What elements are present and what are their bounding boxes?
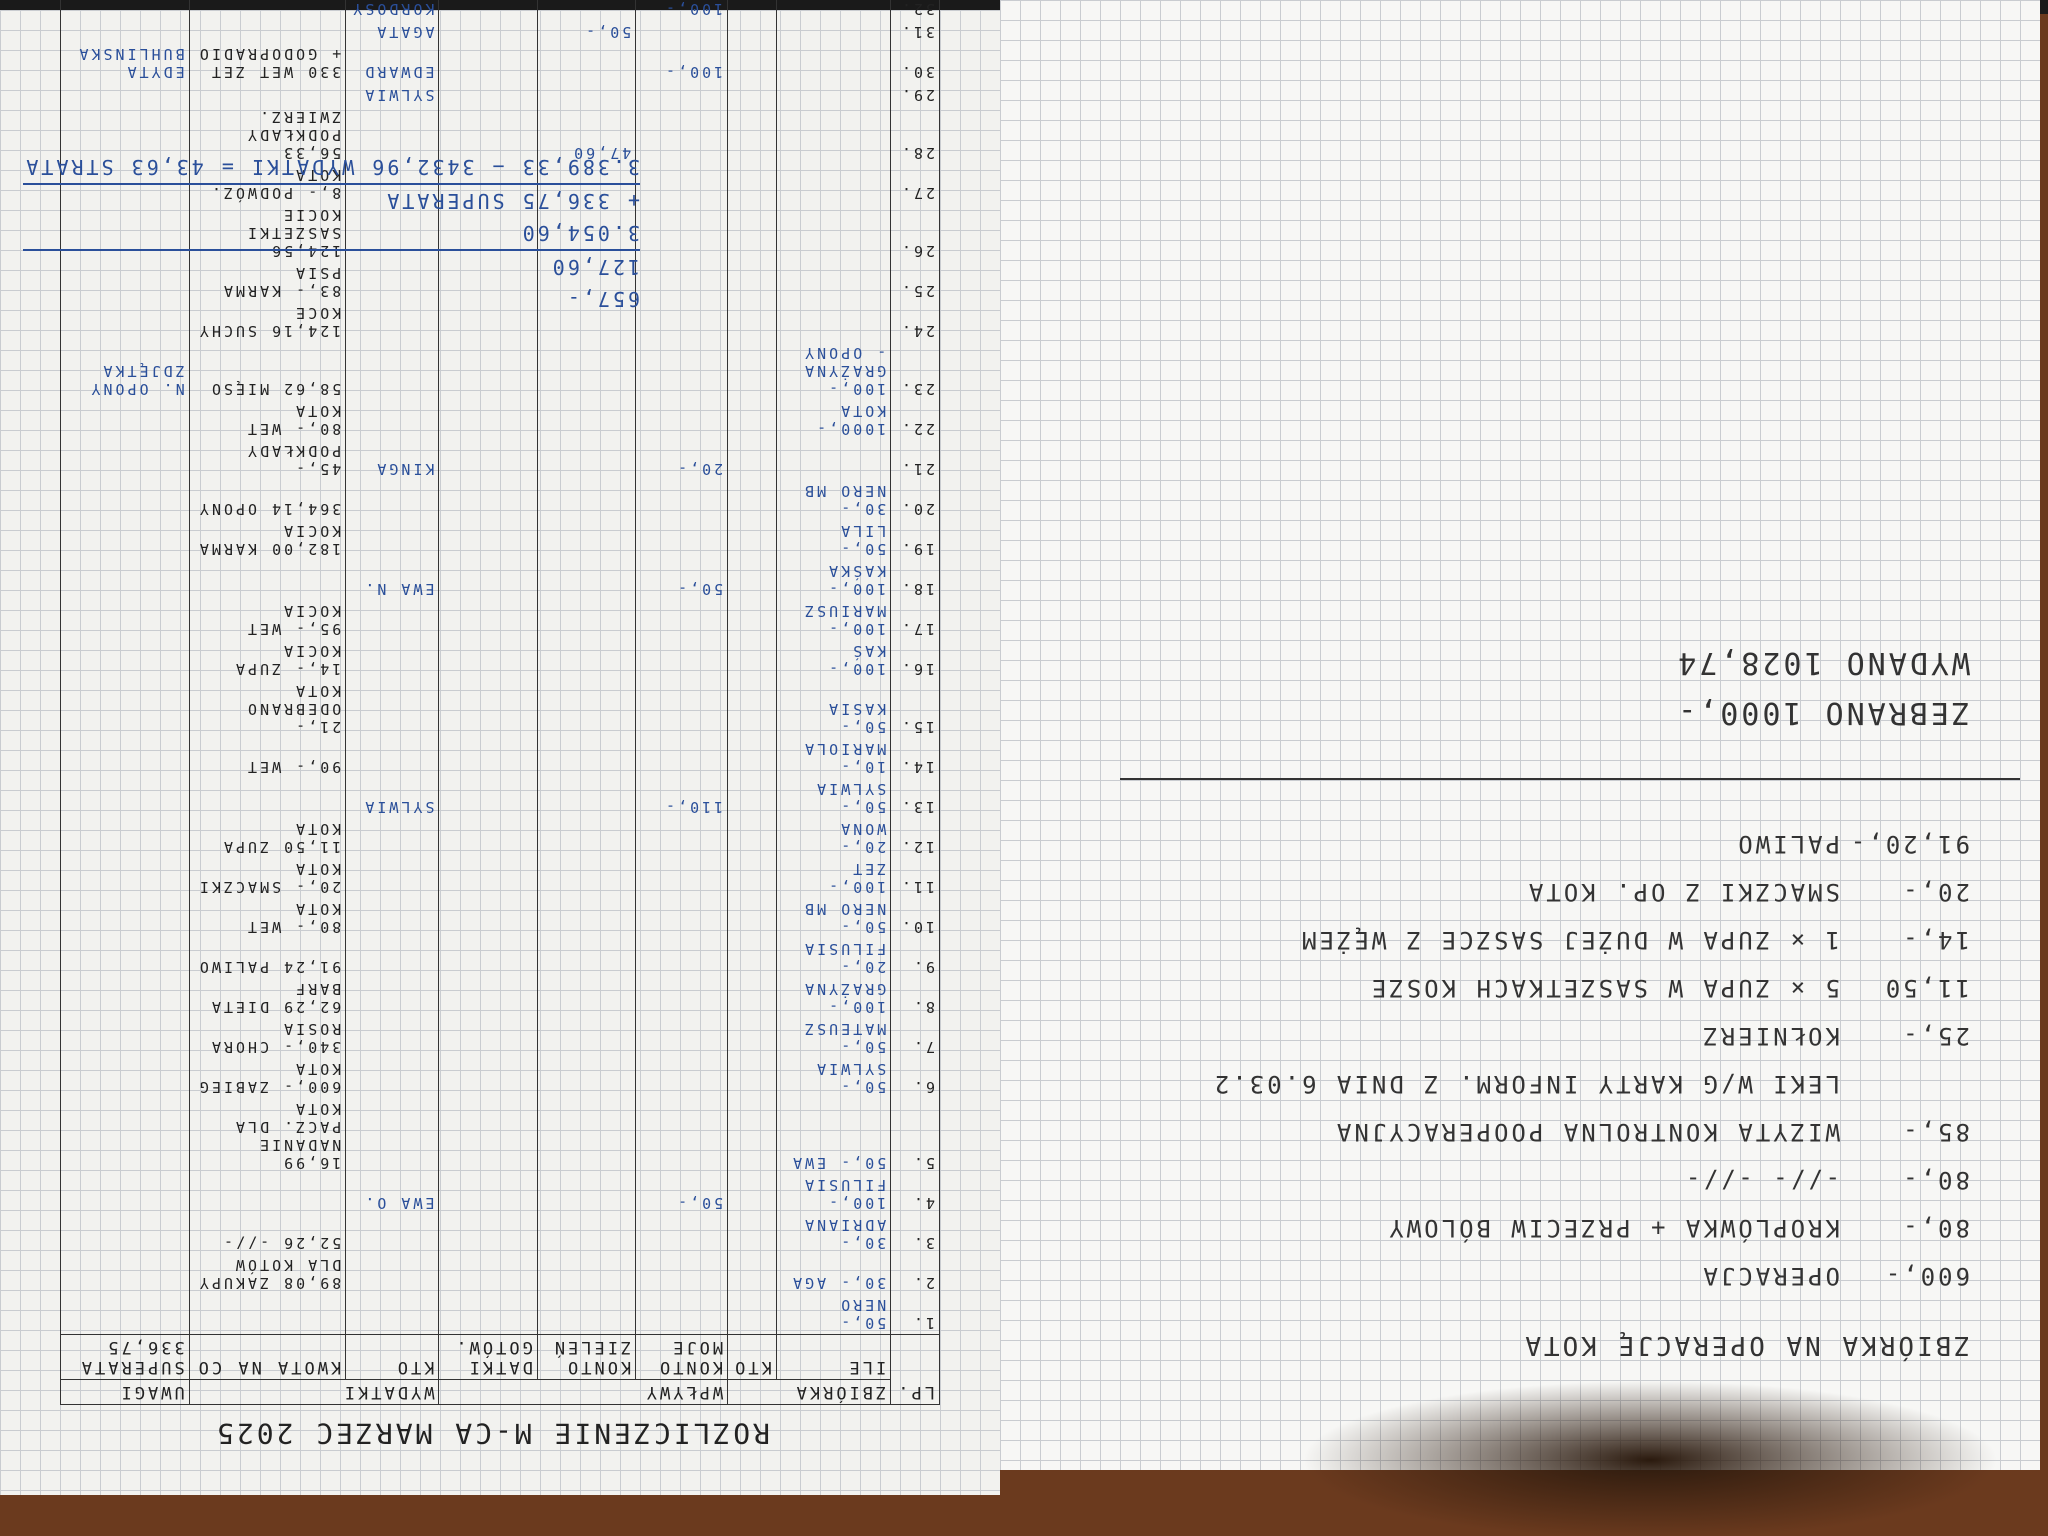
cell-konto-ziel (537, 1174, 635, 1214)
cell-ile (776, 204, 890, 262)
cell-wyd-kto (346, 1098, 439, 1174)
ledger-row: 30.100,-EDWARD330 WET ZET + GODOPRADIOED… (61, 43, 940, 83)
fundraiser-item: 11,505 × ZUPA W SASZETKACH KOSZE (1369, 974, 1970, 1002)
cell-kto (728, 43, 777, 83)
fundraiser-item-label: WIZYTA KONTROLNA POOPERACYJNA (1334, 1118, 1840, 1146)
cell-kwota: 45,- PODKŁADY (189, 440, 346, 480)
cell-wyd-kto (346, 818, 439, 858)
cell-lp: 16. (891, 640, 940, 680)
cell-datki (439, 1018, 537, 1058)
cell-ile: 50,- MATEUSZ (776, 1018, 890, 1058)
cell-konto-moje (636, 520, 728, 560)
cell-uwagi (61, 1254, 190, 1294)
cell-kwota: 90,- WET (189, 738, 346, 778)
fundraiser-item: LEKI W/G KARTY INFORM. Z DNIA 6.03.2 (1212, 1070, 1970, 1098)
cell-datki (439, 400, 537, 440)
cell-ile: 50,- NERO MB (776, 898, 890, 938)
cell-ile: 1000,- KOTA (776, 400, 890, 440)
ledger-row: 7.50,- MATEUSZ340,- CHORA ROSIA (61, 1018, 940, 1058)
cell-kwota (189, 83, 346, 106)
cell-uwagi (61, 400, 190, 440)
fundraiser-item: 600,-OPERACJA (1700, 1262, 1970, 1290)
cell-uwagi (61, 600, 190, 640)
cell-ile: 50,- SYLWIA (776, 1058, 890, 1098)
ledger-row: 6.50,- SYLWIA600,- ZABIEG KOTA (61, 1058, 940, 1098)
cell-ile: 50,- KASIA (776, 680, 890, 738)
summary-plus: + (625, 189, 640, 213)
cell-kto (728, 560, 777, 600)
cell-konto-ziel (537, 778, 635, 818)
fundraiser-item-label: OPERACJA (1700, 1262, 1840, 1290)
ledger-row: 4.100,- FILUSIA50,-EWA O. (61, 1174, 940, 1214)
cell-konto-ziel (537, 898, 635, 938)
cell-konto-ziel (537, 1098, 635, 1174)
cell-datki (439, 342, 537, 400)
cell-konto-moje (636, 978, 728, 1018)
cell-kto (728, 1098, 777, 1174)
cell-konto-ziel (537, 600, 635, 640)
cell-ile (776, 0, 890, 20)
fundraiser-item-label: 5 × ZUPA W SASZETKACH KOSZE (1369, 974, 1840, 1002)
fundraiser-rotated-content: ZBIÓRKA NA OPERACJĘ KOTA 600,-OPERACJA80… (1000, 0, 2040, 1470)
cell-kwota: 600,- ZABIEG KOTA (189, 1058, 346, 1098)
cell-lp: 21. (891, 440, 940, 480)
ledger-row: 1.50,- NERO (61, 1294, 940, 1335)
cell-uwagi (61, 1174, 190, 1214)
fundraiser-item: 20,-SMACZKI Z OP. KOTA (1526, 878, 1970, 906)
cell-lp: 18. (891, 560, 940, 600)
cell-wyd-kto (346, 738, 439, 778)
cell-konto-ziel (537, 520, 635, 560)
cell-kto (728, 1018, 777, 1058)
cell-datki (439, 0, 537, 20)
cell-ile: 100,- KAŚ (776, 640, 890, 680)
cell-konto-ziel (537, 400, 635, 440)
cell-konto-moje (636, 898, 728, 938)
cell-wyd-kto: EDWARD (346, 43, 439, 83)
ledger-row: 16.100,- KAŚ14,- ZUPA KOCIA (61, 640, 940, 680)
cell-konto-ziel (537, 342, 635, 400)
cell-kwota (189, 560, 346, 600)
cell-uwagi (61, 20, 190, 43)
cell-wyd-kto: KINGA (346, 440, 439, 480)
cell-kto (728, 1174, 777, 1214)
cell-lp: 1. (891, 1294, 940, 1335)
cell-datki (439, 20, 537, 43)
cell-kwota: 11,50 ZUPA KOTA (189, 818, 346, 858)
cell-lp: 6. (891, 1058, 940, 1098)
summary-result: 3.389,33 − 3432,96 WYDATKI = 43,63 STRAT… (23, 151, 640, 185)
summary-superata: 336,75 SUPERATA (384, 189, 610, 213)
cell-uwagi (61, 0, 190, 20)
cell-ile: 20,- WONA (776, 818, 890, 858)
ledger-row: 23.100,- GRAŻYNA - OPONY58,62 MIĘSON. OP… (61, 342, 940, 400)
cell-datki (439, 738, 537, 778)
cell-kwota: 330 WET ZET + GODOPRADIO (189, 43, 346, 83)
header-uwagi: UWAGI (61, 1380, 190, 1405)
cell-kto (728, 600, 777, 640)
cell-lp: 17. (891, 600, 940, 640)
cell-konto-ziel (537, 680, 635, 738)
cell-konto-ziel (537, 440, 635, 480)
subheader-superata: SUPERATA 336,75 (61, 1335, 190, 1380)
cell-uwagi (61, 440, 190, 480)
cell-lp: 7. (891, 1018, 940, 1058)
cell-datki (439, 938, 537, 978)
cell-kwota (189, 1174, 346, 1214)
cell-ile (776, 302, 890, 342)
cell-konto-ziel (537, 560, 635, 600)
cell-wyd-kto (346, 898, 439, 938)
cell-wyd-kto: SYLWIA (346, 83, 439, 106)
cell-ile: 50,- SYLWIA (776, 778, 890, 818)
ledger-row: 21.20,-KINGA45,- PODKŁADY (61, 440, 940, 480)
fundraiser-item: 14,-1 × ZUPA W DUŻEJ SASZCE Z WĘŻEM (1299, 926, 1970, 954)
cell-kto (728, 302, 777, 342)
cell-ile: 100,- GRAŻYNA (776, 978, 890, 1018)
cell-kwota: 21,- ODEBRANO KOTA (189, 680, 346, 738)
fundraiser-item-label: PALIWO (1735, 830, 1840, 858)
cell-konto-moje (636, 20, 728, 43)
cell-kwota: 16,99 NADANIE PACZ. DLA KOTA (189, 1098, 346, 1174)
fundraiser-title: ZBIÓRKA NA OPERACJĘ KOTA (1522, 1330, 1970, 1360)
cell-konto-ziel (537, 43, 635, 83)
cell-datki (439, 1058, 537, 1098)
cell-kwota: 340,- CHORA ROSIA (189, 1018, 346, 1058)
cell-konto-ziel (537, 1254, 635, 1294)
cell-wyd-kto: KORDOSY (346, 0, 439, 20)
cell-uwagi (61, 898, 190, 938)
cell-datki (439, 680, 537, 738)
fundraiser-item-amount: 25,- (1840, 1022, 1970, 1050)
fundraiser-item-label: 1 × ZUPA W DUŻEJ SASZCE Z WĘŻEM (1299, 926, 1840, 954)
cell-wyd-kto: EWA N. (346, 560, 439, 600)
cell-kwota: 14,- ZUPA KOCIA (189, 640, 346, 680)
cell-lp: 32. (891, 0, 940, 20)
cell-konto-ziel: 50,- (537, 20, 635, 43)
cell-lp: 20. (891, 480, 940, 520)
cell-konto-moje (636, 106, 728, 164)
cell-uwagi (61, 738, 190, 778)
cell-datki (439, 640, 537, 680)
cell-datki (439, 83, 537, 106)
header-wydatki: WYDATKI (189, 1380, 439, 1405)
cell-konto-ziel (537, 938, 635, 978)
ledger-row: 14.10,- MARIOLA90,- WET (61, 738, 940, 778)
cell-uwagi (61, 83, 190, 106)
cell-lp: 28. (891, 106, 940, 164)
cell-kto (728, 858, 777, 898)
cell-konto-moje (636, 262, 728, 302)
cell-datki (439, 978, 537, 1018)
cell-lp: 22. (891, 400, 940, 440)
cell-ile: 100,- MARIUSZ (776, 600, 890, 640)
subheader-wydatki-kto: KTO (346, 1335, 439, 1380)
cell-datki (439, 43, 537, 83)
cell-konto-moje (636, 818, 728, 858)
cell-konto-moje: 100,- (636, 0, 728, 20)
cell-lp: 29. (891, 83, 940, 106)
cell-kto (728, 680, 777, 738)
cell-kwota (189, 0, 346, 20)
cell-kwota: 62,29 DIETA BARF (189, 978, 346, 1018)
fundraiser-item: 85,-WIZYTA KONTROLNA POOPERACYJNA (1334, 1118, 1970, 1146)
cell-wyd-kto: SYLWIA (346, 778, 439, 818)
cell-uwagi (61, 1018, 190, 1058)
cell-kwota: 91,24 PALIWO (189, 938, 346, 978)
ledger-header-row: LP. ZBIÓRKA WPŁYWY WYDATKI UWAGI (61, 1380, 940, 1405)
fundraiser-item-amount: 91,20,- (1840, 830, 1970, 858)
cell-datki (439, 440, 537, 480)
cell-datki (439, 560, 537, 600)
ledger-row: 11.100,- ZET20,- SMACZKI KOTA (61, 858, 940, 898)
summary-line-1: 657,- (23, 283, 640, 315)
cell-ile (776, 106, 890, 164)
cell-wyd-kto (346, 858, 439, 898)
summary-line-2: 127,60 (23, 251, 640, 283)
cell-lp: 13. (891, 778, 940, 818)
cell-lp: 27. (891, 164, 940, 204)
cell-datki (439, 600, 537, 640)
cell-lp: 8. (891, 978, 940, 1018)
subheader-ile: ILE (776, 1335, 890, 1380)
fundraiser-item-amount: 80,- (1840, 1214, 1970, 1242)
cell-ile: 10,- MARIOLA (776, 738, 890, 778)
cell-lp: 5. (891, 1098, 940, 1174)
cell-kwota: 364,14 OPONY (189, 480, 346, 520)
cell-konto-moje: 110,- (636, 778, 728, 818)
cell-wyd-kto (346, 400, 439, 440)
subheader-kto: KTO (728, 1335, 777, 1380)
cell-kto (728, 818, 777, 858)
fundraiser-item: 80,--//- -//- (1683, 1166, 1970, 1194)
cell-uwagi (61, 1058, 190, 1098)
cell-konto-ziel (537, 1018, 635, 1058)
cell-wyd-kto (346, 480, 439, 520)
cell-uwagi (61, 680, 190, 738)
cell-konto-ziel (537, 1294, 635, 1335)
cell-datki (439, 818, 537, 858)
cell-wyd-kto (346, 1018, 439, 1058)
ledger-row: 20.30,- NERO MB364,14 OPONY (61, 480, 940, 520)
cell-ile: 100,- ZET (776, 858, 890, 898)
cell-datki (439, 520, 537, 560)
cell-ile: 30,- AGA (776, 1254, 890, 1294)
cell-konto-moje (636, 858, 728, 898)
cell-lp: 2. (891, 1254, 940, 1294)
cell-ile: 100,- KAŚKA (776, 560, 890, 600)
ledger-row: 5.50,- EWA16,99 NADANIE PACZ. DLA KOTA (61, 1098, 940, 1174)
cell-konto-moje (636, 1254, 728, 1294)
subheader-kwota: KWOTA NA CO (189, 1335, 346, 1380)
cell-lp: 15. (891, 680, 940, 738)
cell-ile: 100,- GRAŻYNA - OPONY (776, 342, 890, 400)
cell-lp: 24. (891, 302, 940, 342)
cell-uwagi (61, 1214, 190, 1254)
cell-wyd-kto (346, 978, 439, 1018)
ledger-row: 12.20,- WONA11,50 ZUPA KOTA (61, 818, 940, 858)
cell-uwagi (61, 938, 190, 978)
cell-wyd-kto (346, 1058, 439, 1098)
cell-lp: 10. (891, 898, 940, 938)
cell-lp: 31. (891, 20, 940, 43)
cell-kwota: 89,08 ZAKUPY DLA KOTÓW (189, 1254, 346, 1294)
cell-ile: 50,- EWA (776, 1098, 890, 1174)
cell-kto (728, 978, 777, 1018)
cell-lp: 26. (891, 204, 940, 262)
cell-kwota: 95,- WET KOCIA (189, 600, 346, 640)
ledger-row: 3.30,- ADRIANA52,26 -//- (61, 1214, 940, 1254)
fundraiser-item-amount: 14,- (1840, 926, 1970, 954)
cell-ile: 20,- FILUSIA (776, 938, 890, 978)
cell-wyd-kto (346, 1254, 439, 1294)
cell-kwota: 182,00 KARMA KOCIA (189, 520, 346, 560)
header-zbiorka: ZBIÓRKA (728, 1380, 891, 1405)
cell-kwota: 52,26 -//- (189, 1214, 346, 1254)
subheader-konto-moje: KONTO MOJE (636, 1335, 728, 1380)
cell-konto-ziel (537, 480, 635, 520)
cell-uwagi: EDYTA BUHLINSKA (61, 43, 190, 83)
cell-ile: 50,- LILA (776, 520, 890, 560)
cell-konto-moje (636, 640, 728, 680)
ledger-page: ROZLICZENIE M-CA MARZEC 2025 LP. ZBIÓRKA… (0, 10, 1000, 1495)
cell-konto-ziel (537, 738, 635, 778)
cell-wyd-kto (346, 600, 439, 640)
fundraiser-item-amount: 11,50 (1840, 974, 1970, 1002)
cell-kwota: 20,- SMACZKI KOTA (189, 858, 346, 898)
fundraiser-collected: ZEBRANO 1000,- (1675, 695, 1970, 730)
cell-kto (728, 938, 777, 978)
fundraiser-item-label: LEKI W/G KARTY INFORM. Z DNIA 6.03.2 (1212, 1070, 1840, 1098)
cell-ile: 50,- NERO (776, 1294, 890, 1335)
cell-lp: 11. (891, 858, 940, 898)
cell-konto-ziel (537, 978, 635, 1018)
cell-ile (776, 20, 890, 43)
fundraiser-item-label: KOŁNIERZ (1700, 1022, 1840, 1050)
cell-datki (439, 1214, 537, 1254)
cell-uwagi (61, 1294, 190, 1335)
cell-datki (439, 778, 537, 818)
cell-datki (439, 1098, 537, 1174)
cell-datki (439, 1294, 537, 1335)
cell-konto-moje (636, 302, 728, 342)
cell-uwagi (61, 520, 190, 560)
cell-kto (728, 640, 777, 680)
cell-wyd-kto (346, 1294, 439, 1335)
cell-konto-moje (636, 938, 728, 978)
ledger-row: 32.100,-KORDOSY (61, 0, 940, 20)
ledger-row: 8.100,- GRAŻYNA62,29 DIETA BARF (61, 978, 940, 1018)
cell-konto-moje (636, 480, 728, 520)
cell-lp: 25. (891, 262, 940, 302)
fundraiser-item-amount: 85,- (1840, 1118, 1970, 1146)
fundraiser-page: ZBIÓRKA NA OPERACJĘ KOTA 600,-OPERACJA80… (1000, 0, 2040, 1470)
fundraiser-divider (1120, 778, 2020, 780)
cell-konto-ziel (537, 1058, 635, 1098)
ledger-row: 10.50,- NERO MB80,- WET KOTA (61, 898, 940, 938)
cell-kto (728, 1294, 777, 1335)
fundraiser-item-label: KROPLÓWKA + PRZECIW BÓLOWY (1386, 1214, 1840, 1242)
cell-kto (728, 262, 777, 302)
cell-konto-ziel (537, 83, 635, 106)
cell-lp: 12. (891, 818, 940, 858)
cell-ile (776, 43, 890, 83)
cell-uwagi (61, 818, 190, 858)
cell-lp: 19. (891, 520, 940, 560)
cell-kto (728, 106, 777, 164)
cell-konto-ziel (537, 0, 635, 20)
ledger-row: 31.50,-AGATA (61, 20, 940, 43)
ledger-row: 29.SYLWIA (61, 83, 940, 106)
ledger-row: 15.50,- KASIA21,- ODEBRANO KOTA (61, 680, 940, 738)
cell-kto (728, 1058, 777, 1098)
cell-kwota: 58,62 MIĘSO (189, 342, 346, 400)
cell-wyd-kto (346, 938, 439, 978)
cell-konto-moje (636, 204, 728, 262)
cell-datki (439, 898, 537, 938)
cell-konto-moje (636, 400, 728, 440)
fundraiser-item-label: SMACZKI Z OP. KOTA (1526, 878, 1840, 906)
cell-datki (439, 480, 537, 520)
ledger-title: ROZLICZENIE M-CA MARZEC 2025 (214, 1417, 770, 1450)
cell-ile (776, 164, 890, 204)
cell-kto (728, 1254, 777, 1294)
ledger-row: 19.50,- LILA182,00 KARMA KOCIA (61, 520, 940, 560)
cell-ile: 30,- NERO MB (776, 480, 890, 520)
header-wplywy: WPŁYWY (439, 1380, 728, 1405)
cell-kto (728, 898, 777, 938)
ledger-summary: 657,- 127,60 3.054,60 + 336,75 SUPERATA … (23, 151, 640, 315)
cell-wyd-kto: AGATA (346, 20, 439, 43)
cell-ile: 100,- FILUSIA (776, 1174, 890, 1214)
cell-kto (728, 342, 777, 400)
cell-kwota (189, 778, 346, 818)
cell-konto-moje: 20,- (636, 440, 728, 480)
cell-konto-moje: 50,- (636, 1174, 728, 1214)
cell-datki (439, 1254, 537, 1294)
cell-ile (776, 440, 890, 480)
cell-uwagi (61, 858, 190, 898)
fundraiser-item-amount: 20,- (1840, 878, 1970, 906)
cell-konto-ziel (537, 640, 635, 680)
subheader-konto-zielen: KONTO ZIELEŃ (537, 1335, 635, 1380)
cell-kto (728, 480, 777, 520)
cable-shadow (1300, 1380, 2000, 1536)
cell-konto-moje (636, 1214, 728, 1254)
cell-datki (439, 1174, 537, 1214)
ledger-row: 17.100,- MARIUSZ95,- WET KOCIA (61, 600, 940, 640)
ledger-row: 22.1000,- KOTA80,- WET KOTA (61, 400, 940, 440)
cell-uwagi (61, 640, 190, 680)
cell-lp: 4. (891, 1174, 940, 1214)
cell-kwota (189, 20, 346, 43)
cell-kto (728, 440, 777, 480)
cell-konto-moje (636, 342, 728, 400)
ledger-rotated-content: ROZLICZENIE M-CA MARZEC 2025 LP. ZBIÓRKA… (0, 10, 1000, 1495)
cell-kto (728, 778, 777, 818)
cell-ile (776, 83, 890, 106)
cell-wyd-kto: EWA O. (346, 1174, 439, 1214)
cell-ile (776, 262, 890, 302)
cell-kto (728, 0, 777, 20)
cell-kto (728, 83, 777, 106)
cell-kto (728, 164, 777, 204)
fundraiser-item-label: -//- -//- (1683, 1166, 1840, 1194)
header-lp: LP. (891, 1335, 940, 1405)
fundraiser-spent: WYDANO 1028,74 (1675, 645, 1970, 680)
cell-lp: 23. (891, 342, 940, 400)
cell-kto (728, 520, 777, 560)
